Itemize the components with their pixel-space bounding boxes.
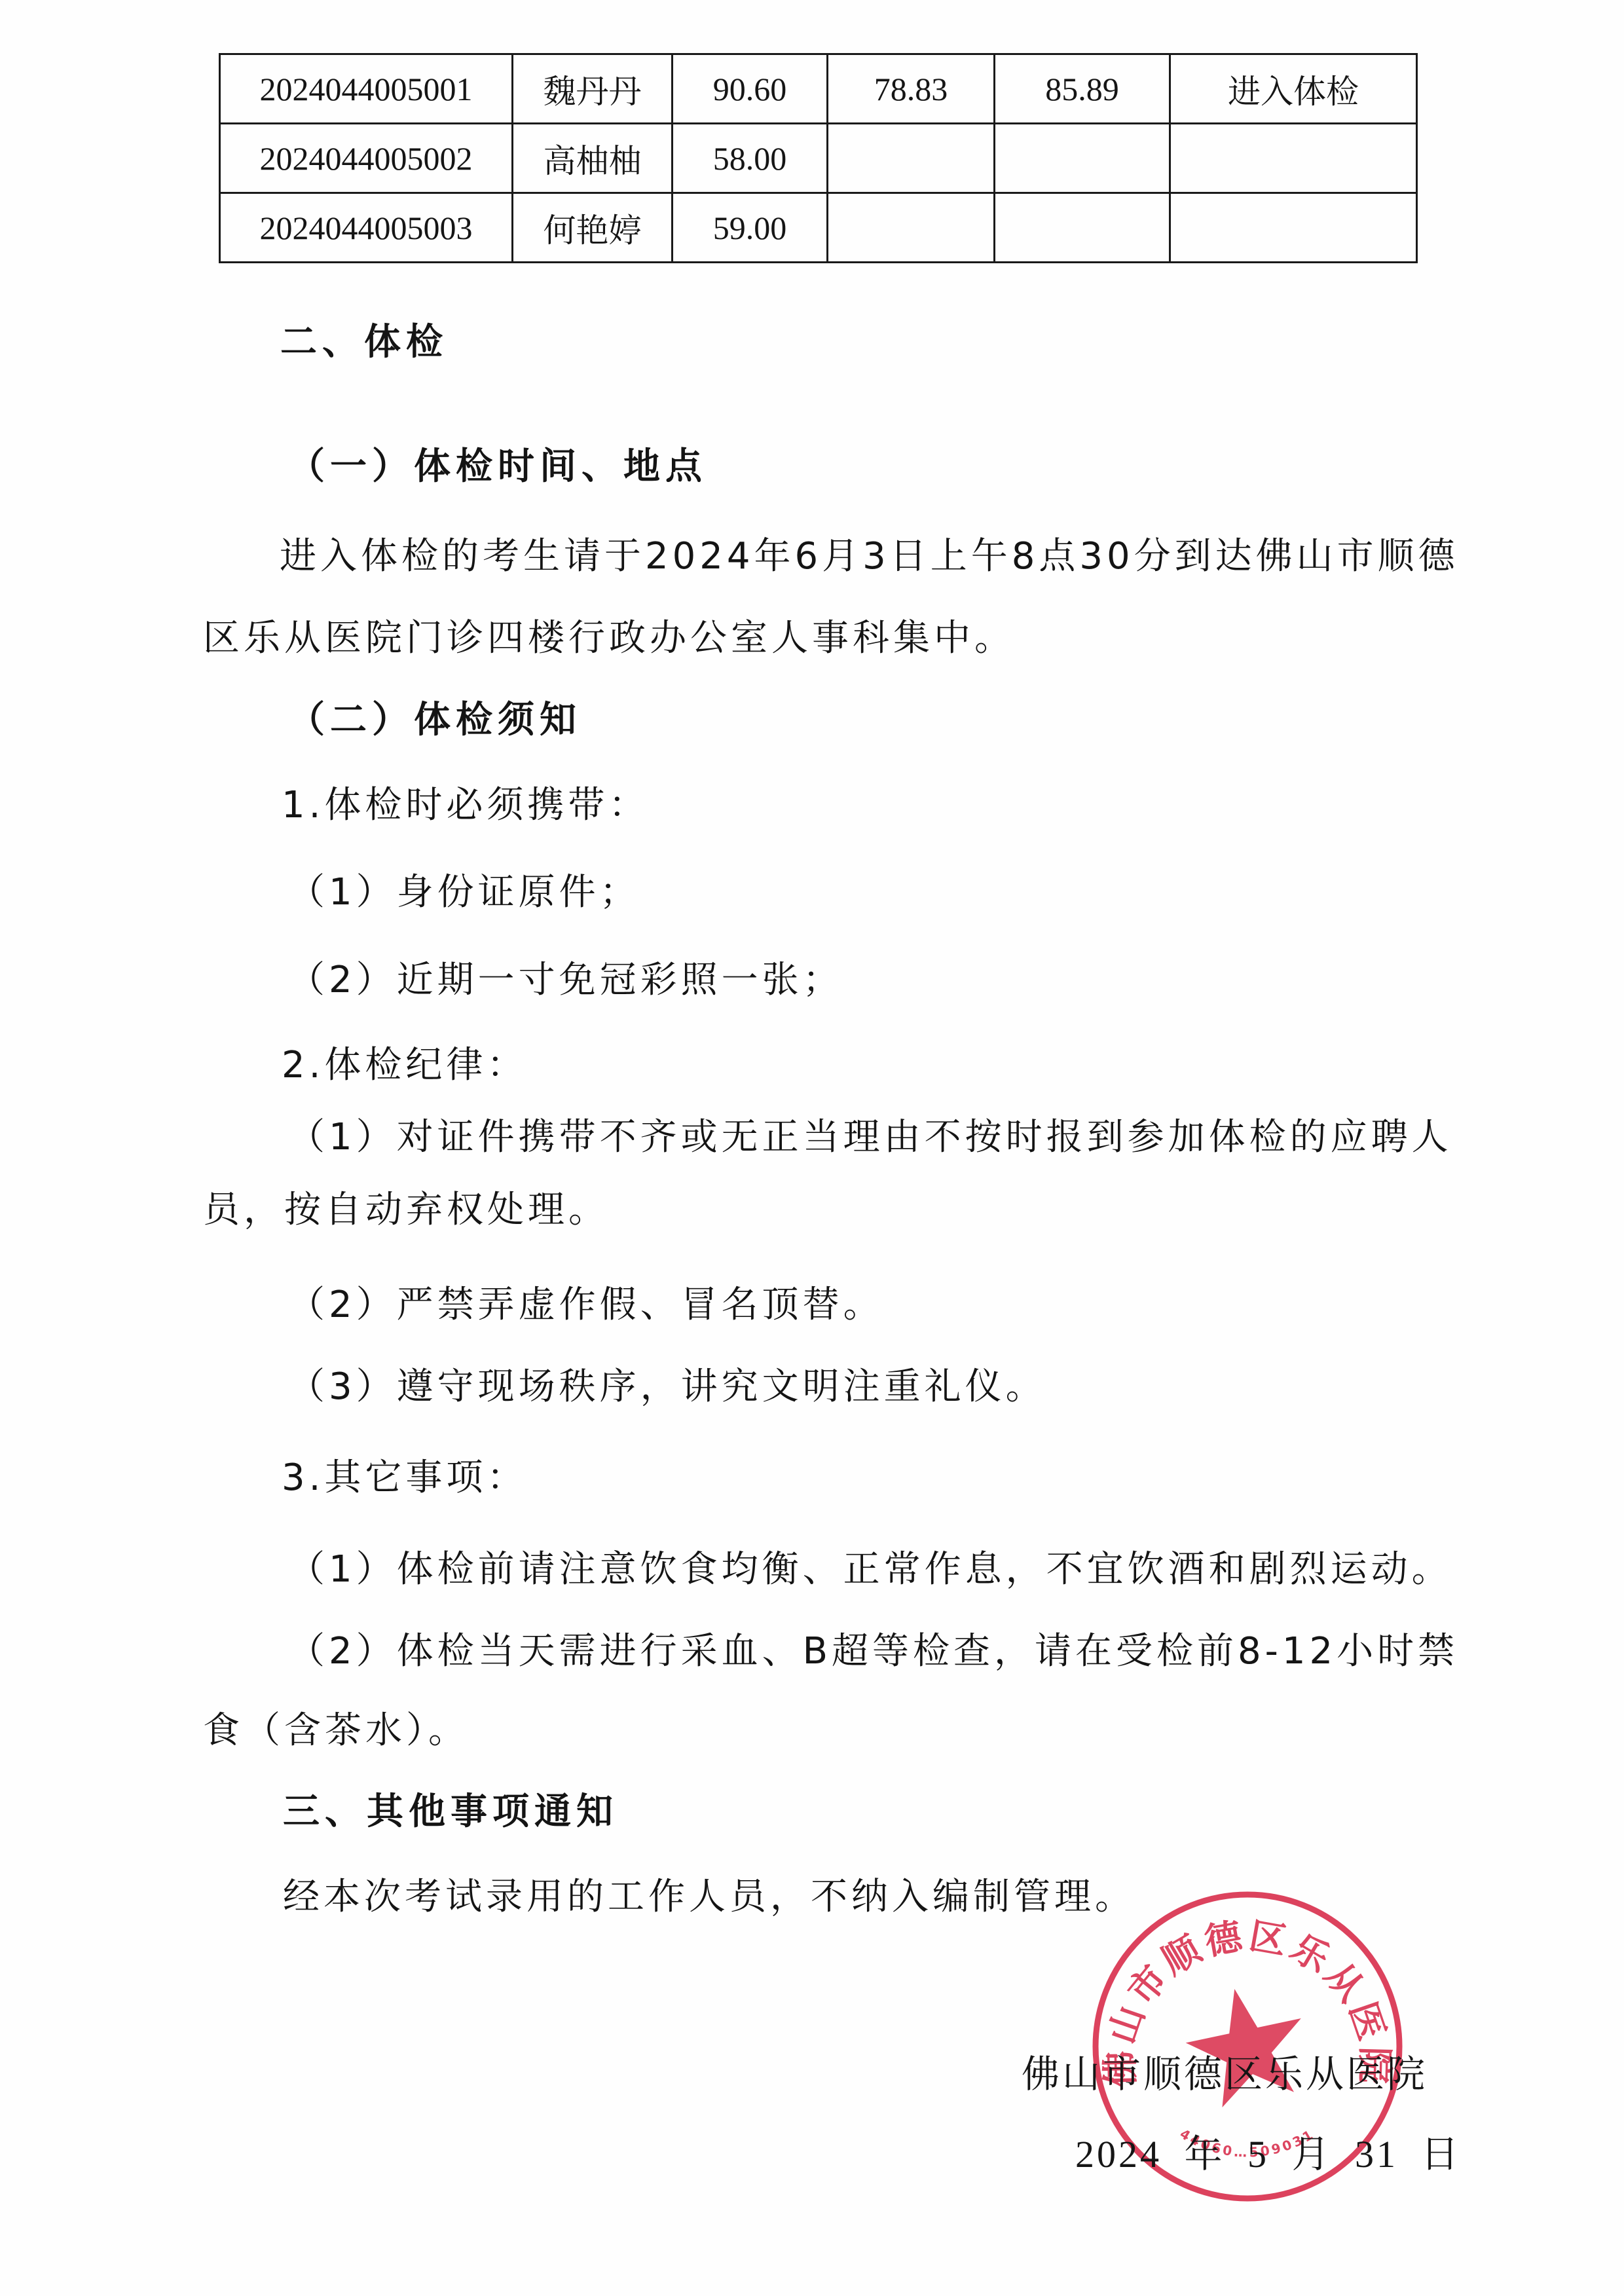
paragraph-line: 区乐从医院门诊四楼行政办公室人事科集中。	[203, 616, 1015, 661]
score-table: 2024044005001 魏丹丹 90.60 78.83 85.89 进入体检…	[219, 53, 1418, 263]
cell-name: 魏丹丹	[513, 54, 673, 124]
list-item: 2.体检纪律：	[282, 1043, 527, 1088]
section-heading-other: 三、其他事项通知	[283, 1789, 618, 1835]
cell-id: 2024044005002	[220, 124, 513, 193]
cell-written-score: 59.00	[673, 193, 828, 263]
cell-name: 高柚柚	[513, 124, 673, 193]
list-item: （1）身份证原件；	[288, 870, 640, 916]
table-row: 2024044005002 高柚柚 58.00	[220, 124, 1417, 193]
cell-name: 何艳婷	[513, 193, 673, 263]
list-item: （3）遵守现场秩序，讲究文明注重礼仪。	[288, 1364, 1046, 1410]
list-item: 3.其它事项：	[282, 1455, 527, 1501]
paragraph-line: 经本次考试录用的工作人员，不纳入编制管理。	[283, 1874, 1135, 1920]
list-item: （1）对证件携带不齐或无正当理由不按时报到参加体检的应聘人	[288, 1115, 1452, 1160]
cell-note: 进入体检	[1170, 54, 1417, 124]
cell-note	[1170, 124, 1417, 193]
cell-total-score	[995, 124, 1170, 193]
list-item: 1.体检时必须携带：	[282, 783, 649, 828]
signature-date: 2024 年 5 月 31 日	[1075, 2132, 1462, 2177]
paragraph-line: 进入体检的考生请于2024年6月3日上午8点30分到达佛山市顺德	[280, 534, 1459, 580]
table-row: 2024044005003 何艳婷 59.00	[220, 193, 1417, 263]
list-item: （1）体检前请注意饮食均衡、正常作息，不宜饮酒和剧烈运动。	[288, 1547, 1452, 1593]
cell-id: 2024044005001	[220, 54, 513, 124]
cell-interview-score: 78.83	[828, 54, 995, 124]
list-item: （2）严禁弄虚作假、冒名顶替。	[288, 1282, 884, 1328]
list-item: （2）近期一寸免冠彩照一张；	[288, 957, 843, 1003]
subsection-heading-notice: （二）体检须知	[288, 697, 581, 743]
list-item: （2）体检当天需进行采血、B超等检查，请在受检前8-12小时禁	[288, 1629, 1458, 1675]
document-page: 2024044005001 魏丹丹 90.60 78.83 85.89 进入体检…	[0, 0, 1624, 2296]
cell-id: 2024044005003	[220, 193, 513, 263]
paragraph-line: 员，按自动弃权处理。	[203, 1187, 609, 1233]
cell-total-score	[995, 193, 1170, 263]
table-row: 2024044005001 魏丹丹 90.60 78.83 85.89 进入体检	[220, 54, 1417, 124]
cell-interview-score	[828, 124, 995, 193]
section-heading-physical-exam: 二、体检	[280, 320, 448, 365]
cell-written-score: 90.60	[673, 54, 828, 124]
paragraph-line: 食（含茶水）。	[203, 1708, 469, 1754]
cell-total-score: 85.89	[995, 54, 1170, 124]
subsection-heading-time-place: （一）体检时间、地点	[288, 444, 707, 490]
cell-written-score: 58.00	[673, 124, 828, 193]
cell-interview-score	[828, 193, 995, 263]
cell-note	[1170, 193, 1417, 263]
signature-organization: 佛山市顺德区乐从医院	[1022, 2051, 1428, 2097]
